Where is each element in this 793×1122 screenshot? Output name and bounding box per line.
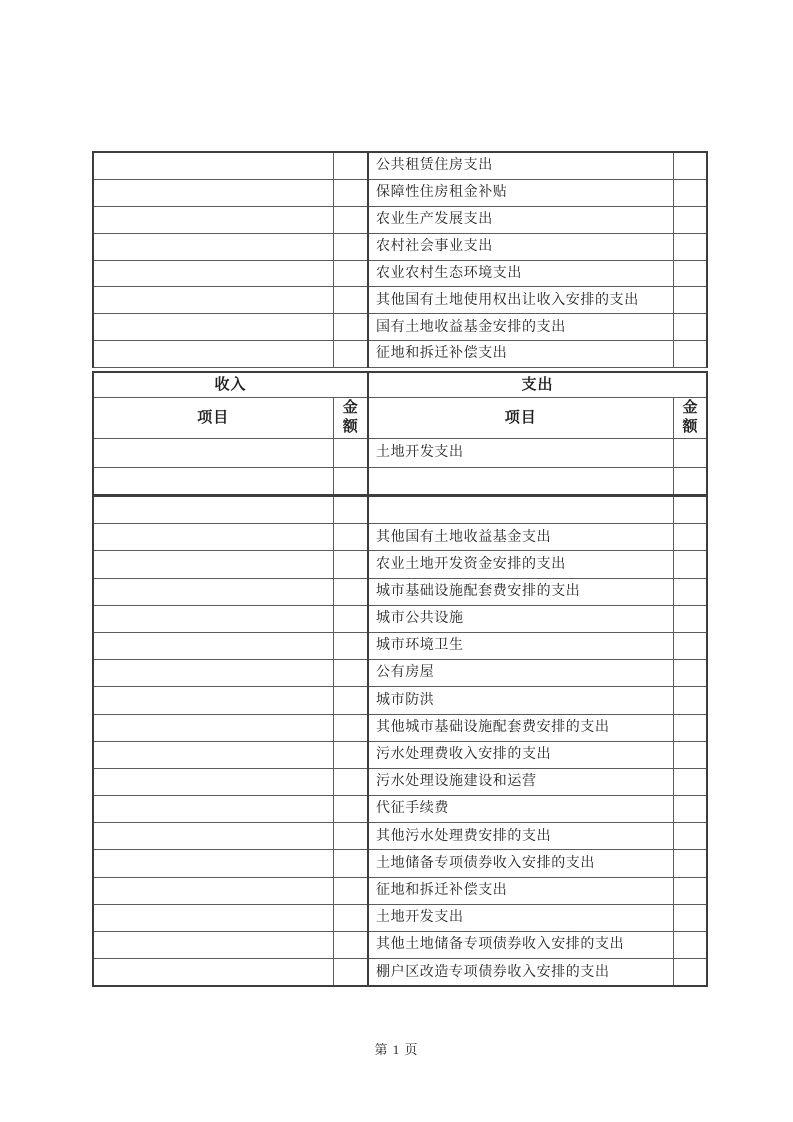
table-continuation: 公共租赁住房支出保障性住房租金补贴农业生产发展支出农村社会事业支出农业农村生态环… (92, 151, 708, 368)
income-amount-cell (333, 796, 368, 823)
expenditure-item-cell: 污水处理设施建设和运营 (368, 768, 673, 795)
expenditure-item-cell: 农业农村生态环境支出 (368, 260, 673, 287)
table-row: 污水处理费收入安排的支出 (93, 741, 707, 768)
income-amount-cell (333, 468, 368, 496)
table-row: 其他土地储备专项债券收入安排的支出 (93, 932, 707, 959)
income-item-cell (93, 959, 333, 987)
income-amount-cell (333, 823, 368, 850)
expenditure-amount-cell (673, 768, 707, 795)
expenditure-amount-cell (673, 687, 707, 714)
income-item-cell (93, 314, 333, 341)
expenditure-amount-cell (673, 850, 707, 877)
income-item-cell (93, 439, 333, 468)
table-row: 农业生产发展支出 (93, 206, 707, 233)
table-row: 国有土地收益基金安排的支出 (93, 314, 707, 341)
expenditure-amount-cell (673, 260, 707, 287)
income-amount-cell (333, 439, 368, 468)
expenditure-item-cell (368, 496, 673, 524)
expenditure-amount-cell (673, 959, 707, 987)
income-amount-cell (333, 524, 368, 551)
income-amount-cell (333, 179, 368, 206)
income-item-cell (93, 233, 333, 260)
expenditure-item-cell: 其他污水处理费安排的支出 (368, 823, 673, 850)
expenditure-amount-cell (673, 206, 707, 233)
income-item-cell (93, 714, 333, 741)
income-amount-cell (333, 341, 368, 368)
expenditure-item-cell: 土地开发支出 (368, 904, 673, 931)
expenditure-item-cell: 公共租赁住房支出 (368, 152, 673, 179)
expenditure-amount-cell (673, 605, 707, 632)
income-amount-cell (333, 206, 368, 233)
expenditure-amount-cell (673, 287, 707, 314)
expenditure-item-cell: 农业生产发展支出 (368, 206, 673, 233)
expenditure-item-cell: 征地和拆迁补偿支出 (368, 877, 673, 904)
expenditure-amount-cell (673, 341, 707, 368)
income-item-cell (93, 496, 333, 524)
expenditure-amount-cell (673, 932, 707, 959)
income-amount-cell (333, 660, 368, 687)
income-item-cell (93, 468, 333, 496)
expenditure-item-cell: 其他国有土地收益基金支出 (368, 524, 673, 551)
expenditure-amount-cell (673, 796, 707, 823)
table-row: 污水处理设施建设和运营 (93, 768, 707, 795)
income-item-cell (93, 179, 333, 206)
income-amount-cell (333, 741, 368, 768)
income-item-cell (93, 768, 333, 795)
table-row: 农村社会事业支出 (93, 233, 707, 260)
expenditure-amount-cell (673, 468, 707, 496)
table-row: 农业农村生态环境支出 (93, 260, 707, 287)
table-row (93, 496, 707, 524)
table-row: 公有房屋 (93, 660, 707, 687)
page-number: 第 1 页 (0, 1039, 793, 1058)
table-row: 公共租赁住房支出 (93, 152, 707, 179)
expenditure-amount-cell (673, 660, 707, 687)
income-amount-cell (333, 768, 368, 795)
expenditure-item-cell: 征地和拆迁补偿支出 (368, 341, 673, 368)
income-item-header: 项目 (93, 398, 333, 439)
expenditure-item-cell: 公有房屋 (368, 660, 673, 687)
table-row: 其他国有土地使用权出让收入安排的支出 (93, 287, 707, 314)
expenditure-item-cell: 其他土地储备专项债券收入安排的支出 (368, 932, 673, 959)
income-item-cell (93, 904, 333, 931)
income-amount-cell (333, 714, 368, 741)
income-item-cell (93, 524, 333, 551)
expenditure-amount-cell (673, 314, 707, 341)
income-amount-cell (333, 314, 368, 341)
income-item-cell (93, 741, 333, 768)
expenditure-item-cell: 城市环境卫生 (368, 632, 673, 659)
column-header-row: 项目 金额 项目 金额 (93, 398, 707, 439)
expenditure-amount-cell (673, 179, 707, 206)
income-item-cell (93, 877, 333, 904)
table-row: 其他城市基础设施配套费安排的支出 (93, 714, 707, 741)
table-row: 土地开发支出 (93, 439, 707, 468)
expenditure-rows-main: 其他国有土地收益基金支出农业土地开发资金安排的支出城市基础设施配套费安排的支出城… (93, 496, 707, 986)
expenditure-item-cell: 城市公共设施 (368, 605, 673, 632)
expenditure-item-cell: 城市基础设施配套费安排的支出 (368, 578, 673, 605)
expenditure-amount-header: 金额 (673, 398, 707, 439)
expenditure-amount-cell (673, 496, 707, 524)
expenditure-item-cell: 其他城市基础设施配套费安排的支出 (368, 714, 673, 741)
income-item-cell (93, 605, 333, 632)
table-row: 征地和拆迁补偿支出 (93, 877, 707, 904)
income-amount-cell (333, 605, 368, 632)
expenditure-item-cell: 土地开发支出 (368, 439, 673, 468)
expenditure-item-cell (368, 468, 673, 496)
expenditure-amount-cell (673, 714, 707, 741)
income-item-cell (93, 823, 333, 850)
expenditure-section-header: 支出 (368, 372, 707, 398)
document-page: 公共租赁住房支出保障性住房租金补贴农业生产发展支出农村社会事业支出农业农村生态环… (0, 0, 793, 1122)
table-row: 其他国有土地收益基金支出 (93, 524, 707, 551)
table-row: 城市公共设施 (93, 605, 707, 632)
income-amount-cell (333, 632, 368, 659)
table-row: 城市基础设施配套费安排的支出 (93, 578, 707, 605)
income-item-cell (93, 206, 333, 233)
table-row (93, 468, 707, 496)
income-item-cell (93, 796, 333, 823)
expenditure-item-header: 项目 (368, 398, 673, 439)
table-row: 代征手续费 (93, 796, 707, 823)
expenditure-item-cell: 代征手续费 (368, 796, 673, 823)
expenditure-item-cell: 国有土地收益基金安排的支出 (368, 314, 673, 341)
expenditure-item-cell: 城市防洪 (368, 687, 673, 714)
table-row: 其他污水处理费安排的支出 (93, 823, 707, 850)
income-amount-cell (333, 877, 368, 904)
income-item-cell (93, 632, 333, 659)
income-item-cell (93, 287, 333, 314)
income-amount-cell (333, 152, 368, 179)
income-item-cell (93, 260, 333, 287)
income-amount-cell (333, 904, 368, 931)
income-amount-cell (333, 551, 368, 578)
expenditure-rows-top: 土地开发支出 (93, 439, 707, 496)
income-amount-cell (333, 687, 368, 714)
section-header-row: 收入 支出 (93, 372, 707, 398)
income-item-cell (93, 932, 333, 959)
expenditure-amount-cell (673, 524, 707, 551)
table-row: 农业土地开发资金安排的支出 (93, 551, 707, 578)
expenditure-amount-cell (673, 439, 707, 468)
expenditure-amount-cell (673, 551, 707, 578)
expenditure-amount-cell (673, 904, 707, 931)
income-amount-cell (333, 260, 368, 287)
income-item-cell (93, 551, 333, 578)
expenditure-amount-cell (673, 823, 707, 850)
income-amount-cell (333, 496, 368, 524)
expenditure-amount-cell (673, 152, 707, 179)
expenditure-item-cell: 保障性住房租金补贴 (368, 179, 673, 206)
table-row: 保障性住房租金补贴 (93, 179, 707, 206)
expenditure-item-cell: 农村社会事业支出 (368, 233, 673, 260)
table-header-section: 收入 支出 项目 金额 项目 金额 土地开发支出 (92, 371, 708, 496)
expenditure-item-cell: 其他国有土地使用权出让收入安排的支出 (368, 287, 673, 314)
income-item-cell (93, 341, 333, 368)
income-item-cell (93, 152, 333, 179)
income-item-cell (93, 578, 333, 605)
expenditure-item-cell: 农业土地开发资金安排的支出 (368, 551, 673, 578)
income-amount-cell (333, 287, 368, 314)
expenditure-item-cell: 棚户区改造专项债券收入安排的支出 (368, 959, 673, 987)
table-row: 征地和拆迁补偿支出 (93, 341, 707, 368)
income-amount-cell (333, 233, 368, 260)
income-amount-header: 金额 (333, 398, 368, 439)
table-row: 棚户区改造专项债券收入安排的支出 (93, 959, 707, 987)
income-item-cell (93, 850, 333, 877)
table-row: 土地储备专项债券收入安排的支出 (93, 850, 707, 877)
expenditure-amount-cell (673, 233, 707, 260)
income-section-header: 收入 (93, 372, 368, 398)
table-row: 城市防洪 (93, 687, 707, 714)
income-amount-cell (333, 932, 368, 959)
expenditure-amount-cell (673, 578, 707, 605)
income-amount-cell (333, 850, 368, 877)
expenditure-amount-cell (673, 741, 707, 768)
income-amount-cell (333, 959, 368, 987)
expenditure-item-cell: 土地储备专项债券收入安排的支出 (368, 850, 673, 877)
expenditure-item-cell: 污水处理费收入安排的支出 (368, 741, 673, 768)
expenditure-amount-cell (673, 632, 707, 659)
continuation-rows: 公共租赁住房支出保障性住房租金补贴农业生产发展支出农村社会事业支出农业农村生态环… (93, 152, 707, 368)
income-amount-cell (333, 578, 368, 605)
expenditure-amount-cell (673, 877, 707, 904)
table-main-section: 其他国有土地收益基金支出农业土地开发资金安排的支出城市基础设施配套费安排的支出城… (92, 495, 708, 987)
table-row: 城市环境卫生 (93, 632, 707, 659)
income-item-cell (93, 660, 333, 687)
table-row: 土地开发支出 (93, 904, 707, 931)
income-item-cell (93, 687, 333, 714)
